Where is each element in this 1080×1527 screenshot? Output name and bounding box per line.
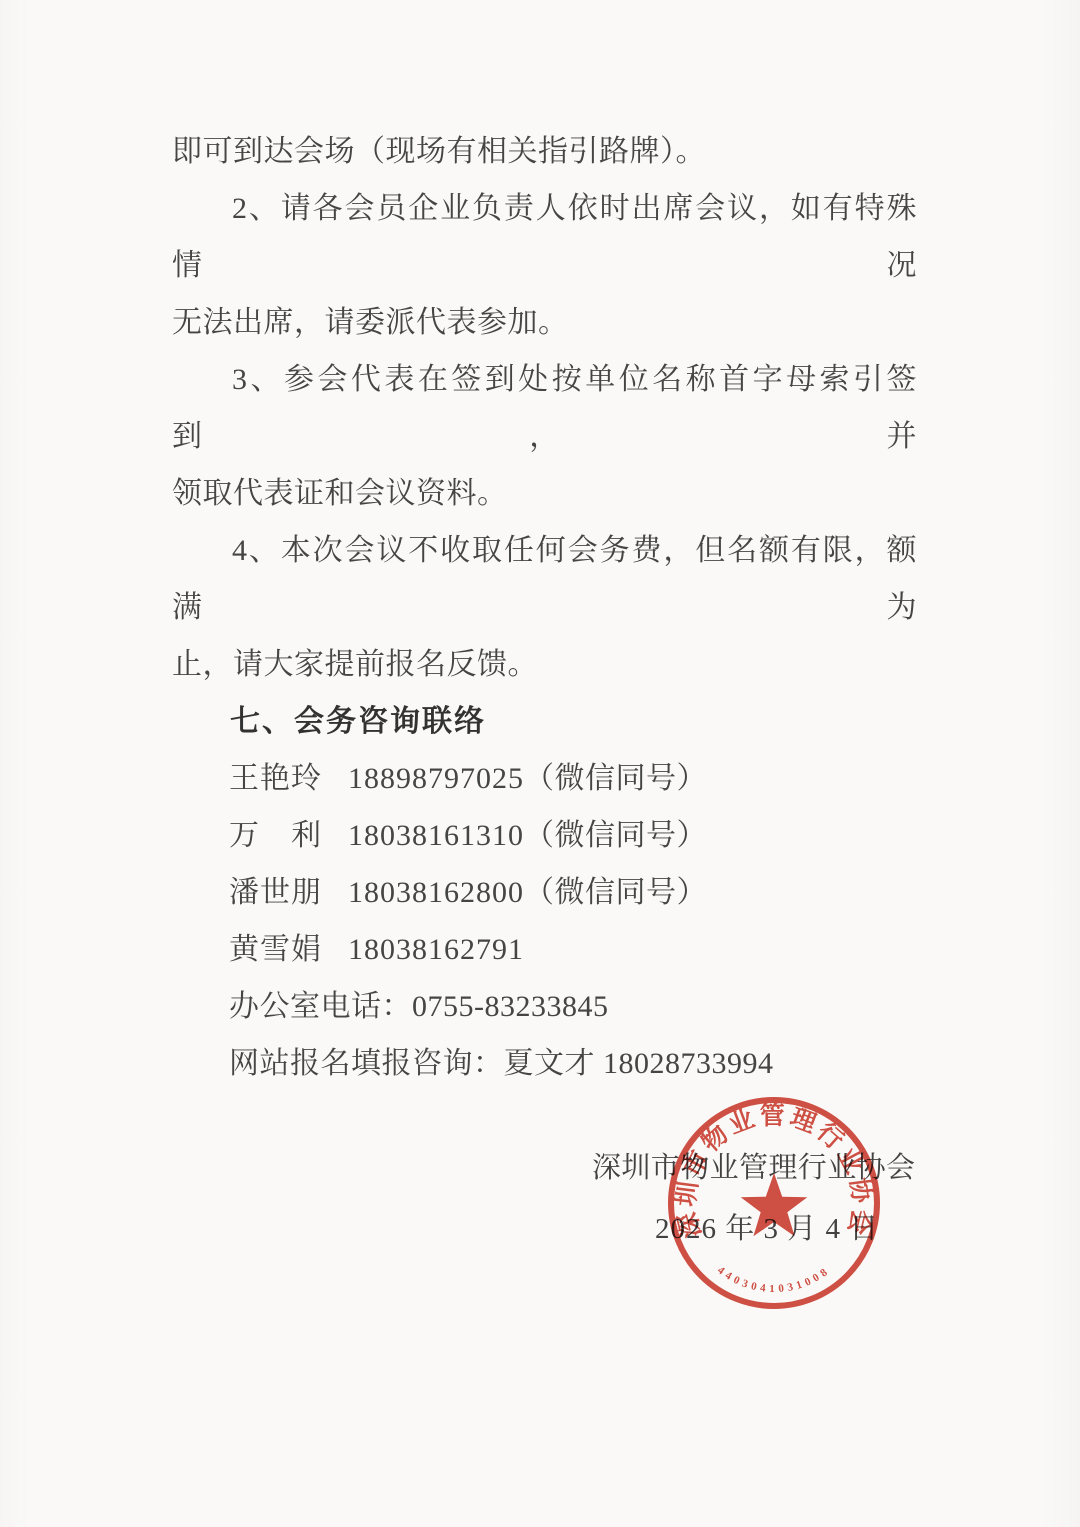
contact-phone: 18038161310 xyxy=(348,819,524,852)
contact-row: 万 利18038161310（微信同号） xyxy=(172,807,917,864)
contact-name: 黄雪娟 xyxy=(229,921,348,978)
notice-item2-line1: 2、请各会员企业负责人依时出席会议，如有特殊情况 xyxy=(172,180,917,294)
paragraph-intro-line: 即可到达会场（现场有相关指引路牌）。 xyxy=(172,123,917,180)
contact-note: （微信同号） xyxy=(524,819,707,852)
website-consult-line: 网站报名填报咨询：夏文才 18028733994 xyxy=(172,1035,917,1092)
contact-note: （微信同号） xyxy=(524,762,707,795)
contact-row: 王艳玲18898797025（微信同号） xyxy=(172,750,917,807)
notice-item4-line2: 止，请大家提前报名反馈。 xyxy=(172,636,917,693)
document-body: 即可到达会场（现场有相关指引路牌）。 2、请各会员企业负责人依时出席会议，如有特… xyxy=(172,123,917,1092)
contact-phone: 18038162800 xyxy=(348,876,524,909)
section-heading: 七、会务咨询联络 xyxy=(172,693,917,750)
scanned-notice-page: 即可到达会场（现场有相关指引路牌）。 2、请各会员企业负责人依时出席会议，如有特… xyxy=(0,0,1080,1527)
notice-item3-line2: 领取代表证和会议资料。 xyxy=(172,465,917,522)
contact-row: 潘世朋18038162800（微信同号） xyxy=(172,864,917,921)
contact-name: 万 利 xyxy=(229,807,348,864)
notice-item2-line2: 无法出席，请委派代表参加。 xyxy=(172,294,917,351)
contact-name: 王艳玲 xyxy=(229,750,348,807)
contact-row: 黄雪娟18038162791 xyxy=(172,921,917,978)
contact-note: （微信同号） xyxy=(524,876,707,909)
seal-serial-number: 4403041031008 xyxy=(715,1264,833,1295)
contact-name: 潘世朋 xyxy=(229,864,348,921)
notice-item4-line1: 4、本次会议不收取任何会务费，但名额有限，额满为 xyxy=(172,522,917,636)
seal-star-icon xyxy=(741,1173,808,1236)
contact-phone: 18038162791 xyxy=(348,933,524,966)
office-phone-line: 办公室电话：0755-83233845 xyxy=(172,978,917,1035)
official-seal: 深圳市物业管理行业协会 4403041031008 xyxy=(666,1095,882,1311)
notice-item3-line1: 3、参会代表在签到处按单位名称首字母索引签到，并 xyxy=(172,351,917,465)
contact-phone: 18898797025 xyxy=(348,762,524,795)
svg-text:4403041031008: 4403041031008 xyxy=(715,1264,833,1295)
